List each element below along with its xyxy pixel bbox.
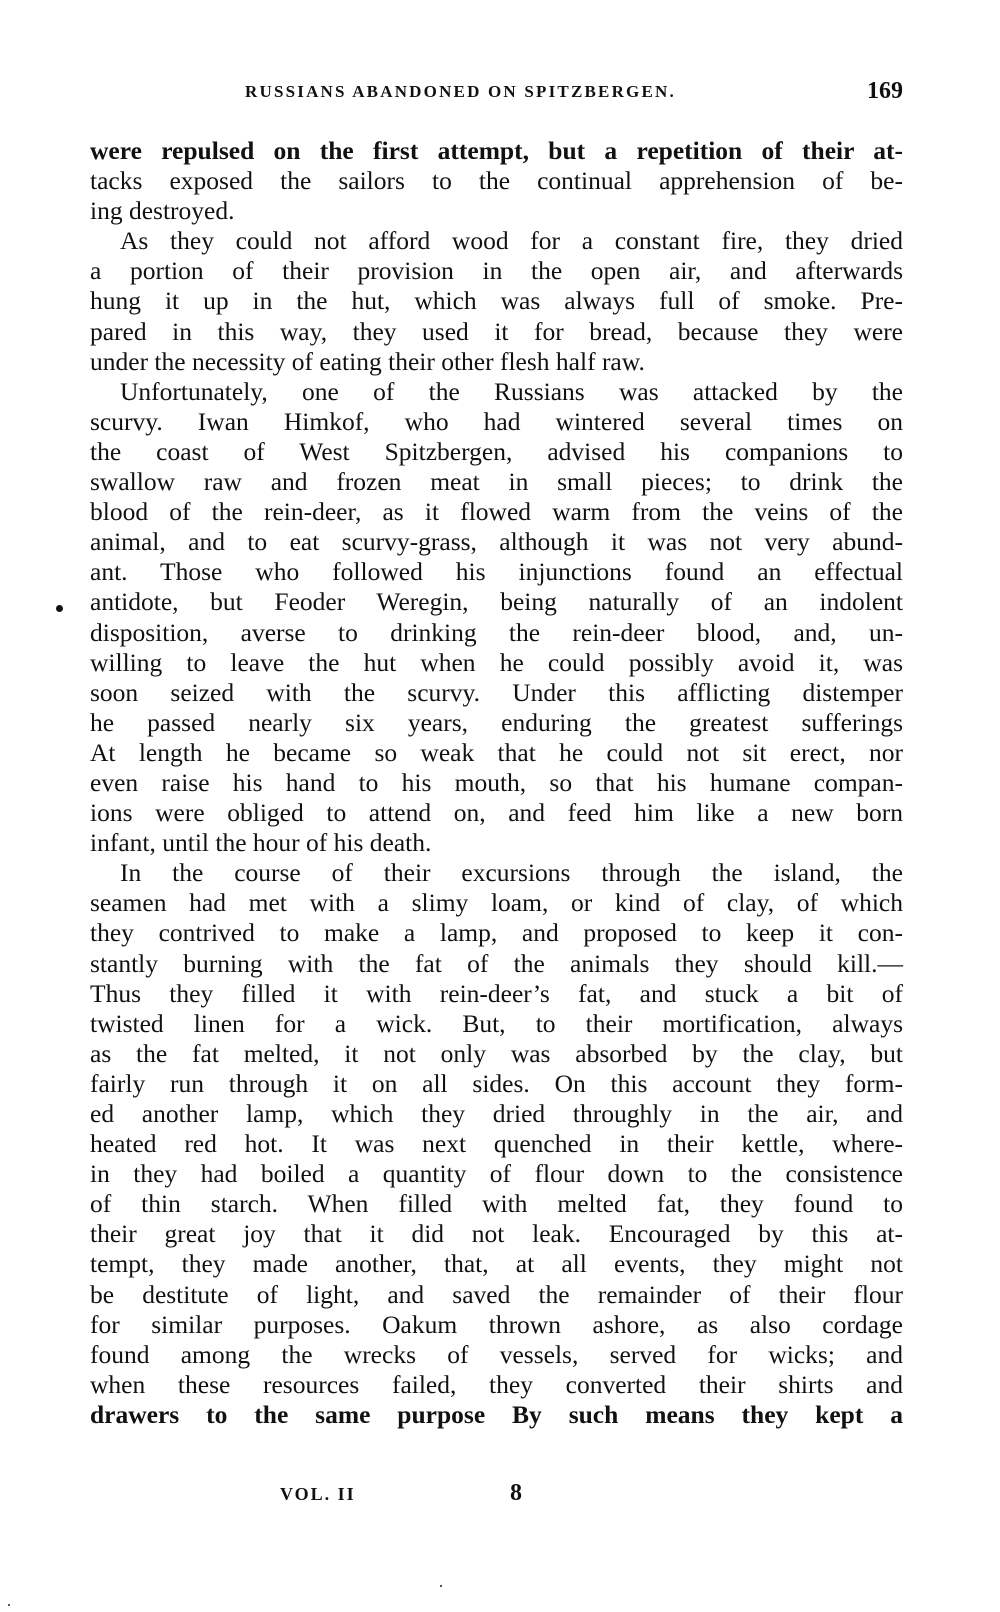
text-line: he passed nearly six years, enduring the… [90,708,903,738]
text-line-content: tempt, they made another, that, at all e… [90,1249,903,1279]
text-line-content: Unfortunately, one of the Russians was a… [120,377,903,407]
text-line-content: of thin starch. When filled with melted … [90,1189,903,1219]
text-line: stantly burning with the fat of the anim… [90,949,903,979]
text-line: In the course of their excursions throug… [90,858,903,888]
text-line-content: be destitute of light, and saved the rem… [90,1280,903,1310]
text-line: found among the wrecks of vessels, serve… [90,1340,903,1370]
text-line-content: animal, and to eat scurvy-grass, althoug… [90,527,903,557]
text-line-content: heated red hot. It was next quenched in … [90,1129,903,1159]
text-line: antidote, but Feoder Weregin, being natu… [90,587,903,617]
text-line: of thin starch. When filled with melted … [90,1189,903,1219]
page-number: 169 [867,78,903,105]
text-line-content: hung it up in the hut, which was always … [90,286,903,316]
text-line-content: scurvy. Iwan Himkof, who had wintered se… [90,407,903,437]
text-line: for similar purposes. Oakum thrown ashor… [90,1310,903,1340]
text-line: willing to leave the hut when he could p… [90,648,903,678]
text-line: seamen had met with a slimy loam, or kin… [90,888,903,918]
text-line: pared in this way, they used it for brea… [90,317,903,347]
text-line-content: At length he became so weak that he coul… [90,738,903,768]
running-title: Russians abandoned on Spitzbergen. [245,82,676,102]
body-text: were repulsed on the first attempt, but … [90,136,903,1430]
text-line: scurvy. Iwan Himkof, who had wintered se… [90,407,903,437]
text-line: be destitute of light, and saved the rem… [90,1280,903,1310]
text-line: they contrived to make a lamp, and propo… [90,918,903,948]
text-line: At length he became so weak that he coul… [90,738,903,768]
text-line-content: in they had boiled a quantity of flour d… [90,1159,903,1189]
text-line: when these resources failed, they conver… [90,1370,903,1400]
text-line-content: their great joy that it did not leak. En… [90,1219,903,1249]
text-line-content: drawers to the same purpose By such mean… [90,1400,903,1430]
text-line-content: pared in this way, they used it for brea… [90,317,903,347]
scan-speck [440,1585,442,1587]
text-line-content: stantly burning with the fat of the anim… [90,949,903,979]
text-line-content: under the necessity of eating their othe… [90,347,645,377]
text-line: animal, and to eat scurvy-grass, althoug… [90,527,903,557]
text-line-content: they contrived to make a lamp, and propo… [90,918,903,948]
text-line-content: soon seized with the scurvy. Under this … [90,678,903,708]
text-line-content: the coast of West Spitzbergen, advised h… [90,437,903,467]
text-line: in they had boiled a quantity of flour d… [90,1159,903,1189]
signature-volume: VOL. II [280,1484,356,1505]
text-line: fairly run through it on all sides. On t… [90,1069,903,1099]
text-line: a portion of their provision in the open… [90,256,903,286]
text-line-content: ant. Those who followed his injunctions … [90,557,903,587]
text-line: twisted linen for a wick. But, to their … [90,1009,903,1039]
text-line-content: even raise his hand to his mouth, so tha… [90,768,903,798]
text-line-content: Thus they filled it with rein-deer’s fat… [90,979,903,1009]
text-line: swallow raw and frozen meat in small pie… [90,467,903,497]
text-line-content: found among the wrecks of vessels, serve… [90,1340,903,1370]
text-line: under the necessity of eating their othe… [90,347,903,377]
text-line-content: were repulsed on the first attempt, but … [90,136,903,166]
text-line-content: when these resources failed, they conver… [90,1370,903,1400]
text-line-content: a portion of their provision in the open… [90,256,903,286]
text-line: blood of the rein-deer, as it flowed war… [90,497,903,527]
text-line: the coast of West Spitzbergen, advised h… [90,437,903,467]
text-line: tempt, they made another, that, at all e… [90,1249,903,1279]
margin-ink-dot [56,605,63,612]
text-line: were repulsed on the first attempt, but … [90,136,903,166]
text-line: ant. Those who followed his injunctions … [90,557,903,587]
text-line: hung it up in the hut, which was always … [90,286,903,316]
text-line-content: twisted linen for a wick. But, to their … [90,1009,903,1039]
text-line: As they could not afford wood for a cons… [90,226,903,256]
text-line-content: willing to leave the hut when he could p… [90,648,903,678]
text-line-content: antidote, but Feoder Weregin, being natu… [90,587,903,617]
text-line: as the fat melted, it not only was absor… [90,1039,903,1069]
text-line-content: In the course of their excursions throug… [120,858,903,888]
running-head: Russians abandoned on Spitzbergen. 169 [90,80,903,110]
text-line-content: he passed nearly six years, enduring the… [90,708,903,738]
text-line: Thus they filled it with rein-deer’s fat… [90,979,903,1009]
text-line-content: disposition, averse to drinking the rein… [90,618,903,648]
text-line: disposition, averse to drinking the rein… [90,618,903,648]
text-line: tacks exposed the sailors to the continu… [90,166,903,196]
text-line-content: As they could not afford wood for a cons… [120,226,903,256]
text-line-content: ions were obliged to attend on, and feed… [90,798,903,828]
text-line: infant, until the hour of his death. [90,828,903,858]
text-line-content: swallow raw and frozen meat in small pie… [90,467,903,497]
scan-speck [8,1604,10,1606]
text-line: ions were obliged to attend on, and feed… [90,798,903,828]
text-line-content: as the fat melted, it not only was absor… [90,1039,903,1069]
text-line-content: tacks exposed the sailors to the continu… [90,166,903,196]
text-line: heated red hot. It was next quenched in … [90,1129,903,1159]
text-line: soon seized with the scurvy. Under this … [90,678,903,708]
text-line-content: for similar purposes. Oakum thrown ashor… [90,1310,903,1340]
text-line: drawers to the same purpose By such mean… [90,1400,903,1430]
text-line-content: blood of the rein-deer, as it flowed war… [90,497,903,527]
text-line-content: seamen had met with a slimy loam, or kin… [90,888,903,918]
text-line: Unfortunately, one of the Russians was a… [90,377,903,407]
text-line-content: ed another lamp, which they dried throug… [90,1099,903,1129]
text-line: their great joy that it did not leak. En… [90,1219,903,1249]
text-line: ed another lamp, which they dried throug… [90,1099,903,1129]
text-line: ing destroyed. [90,196,903,226]
signature-mark: 8 [510,1480,522,1507]
text-line-content: infant, until the hour of his death. [90,828,431,858]
text-line-content: fairly run through it on all sides. On t… [90,1069,903,1099]
text-line-content: ing destroyed. [90,196,234,226]
text-line: even raise his hand to his mouth, so tha… [90,768,903,798]
page-footer: VOL. II 8 [90,1484,903,1514]
